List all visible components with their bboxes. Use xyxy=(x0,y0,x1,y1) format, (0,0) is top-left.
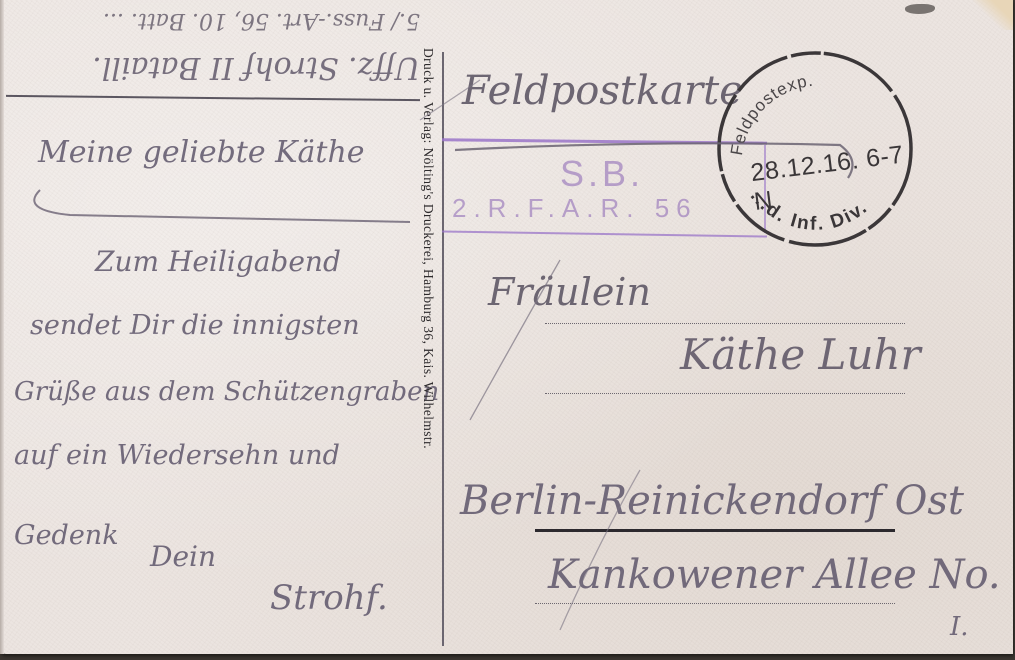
sender-line-2: Uffz. Strohf II Bataill. xyxy=(20,50,420,85)
address-line-4 xyxy=(535,603,895,604)
message-line: Gedenk xyxy=(14,520,119,551)
ink-blot xyxy=(905,4,935,14)
address-salutation: Fräulein xyxy=(488,270,651,314)
card-title-handwritten: Feldpostkarte xyxy=(462,68,743,114)
sender-line-1: 5./ Fuss.-Art. 56, 10. Batt. ... xyxy=(40,8,420,33)
address-street: Kankowener Allee No. 10 xyxy=(548,552,1015,598)
card-edge xyxy=(0,0,4,654)
stamp-line-1: S.B. xyxy=(560,153,644,195)
address-name: Käthe Luhr xyxy=(680,330,921,379)
message-line: Zum Heiligabend xyxy=(95,245,341,278)
message-line: Grüße aus dem Schützengraben xyxy=(14,377,439,407)
address-line-2 xyxy=(545,393,905,394)
message-salutation: Meine geliebte Käthe xyxy=(38,135,365,170)
svg-text:Feldpostexp.: Feldpostexp. xyxy=(727,71,815,157)
address-note: I. xyxy=(950,612,969,642)
publisher-imprint: Druck u. Verlag: Nölting's Druckerei, Ha… xyxy=(420,48,436,449)
sender-divider-line xyxy=(6,95,420,101)
field-post-postmark: Feldpostexp. ...d. Inf. Div. 28.12.16. 6… xyxy=(712,46,918,252)
postcard: 5./ Fuss.-Art. 56, 10. Batt. ... Uffz. S… xyxy=(0,0,1013,654)
address-line-1 xyxy=(545,323,905,324)
stamp-line-2: 2.R.F.A.R. 56 xyxy=(452,193,698,224)
aged-corner xyxy=(973,0,1013,30)
message-closing: Dein xyxy=(150,540,216,573)
message-line: auf ein Wiedersehn und xyxy=(14,440,340,471)
address-city-underline xyxy=(535,529,895,532)
message-line: sendet Dir die innigsten xyxy=(30,310,360,341)
address-city: Berlin-Reinickendorf Ost xyxy=(460,478,964,524)
message-signature: Strohf. xyxy=(270,578,388,618)
